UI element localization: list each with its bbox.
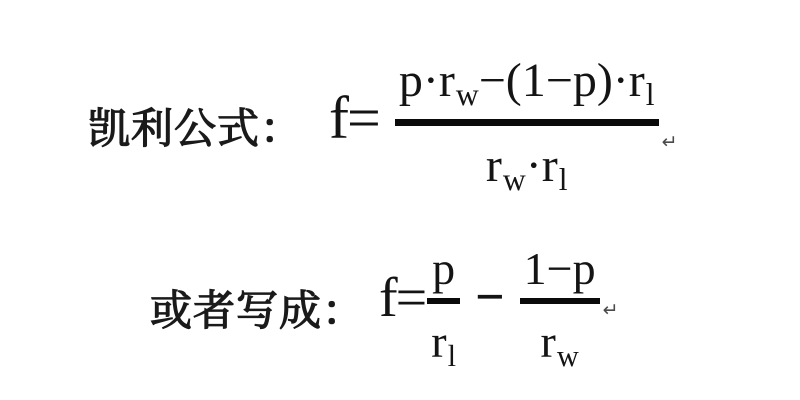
return-mark-icon: ↵	[603, 301, 619, 320]
math-token: r	[541, 316, 556, 367]
line2-fraction-left: p rl	[427, 244, 460, 373]
math-token: r	[431, 316, 446, 367]
fraction-left-numerator: p	[428, 244, 459, 294]
subscript-w: w	[503, 162, 526, 197]
math-token: ·r	[526, 139, 558, 192]
fraction-right-numerator: 1−p	[520, 244, 600, 294]
subscript-w: w	[557, 339, 579, 373]
math-token: −(1−p)·r	[479, 54, 645, 107]
line1-numerator: p·rw−(1−p)·rl	[395, 55, 659, 112]
kelly-formula-image: 凯利公式： f= p·rw−(1−p)·rl rw·rl ↵ 或者写成： f= …	[0, 0, 800, 400]
fraction-bar	[427, 298, 460, 304]
subscript-l: l	[559, 162, 568, 197]
subscript-l: l	[448, 339, 456, 373]
rewritten-formula-line: 或者写成： f= p rl − 1−p rw ↵	[150, 228, 619, 388]
line2-label: 或者写成：	[150, 278, 365, 338]
fraction-right-denominator: rw	[537, 317, 583, 372]
return-mark-icon: ↵	[662, 133, 678, 152]
fraction-bar	[395, 119, 659, 126]
kelly-formula-line: 凯利公式： f= p·rw−(1−p)·rl rw·rl ↵	[88, 40, 678, 212]
line1-denominator: rw·rl	[482, 140, 572, 197]
line1-fraction: p·rw−(1−p)·rl rw·rl	[395, 55, 659, 197]
fraction-bar	[520, 298, 600, 304]
math-token: r	[486, 139, 502, 192]
fraction-left-denominator: rl	[427, 317, 460, 372]
line1-f-equals: f=	[329, 88, 379, 148]
subscript-w: w	[456, 77, 479, 112]
line2-f-equals: f=	[379, 270, 425, 326]
minus-sign: −	[475, 272, 505, 324]
math-token: p·r	[399, 54, 455, 107]
line2-fraction-right: 1−p rw	[520, 244, 600, 373]
subscript-l: l	[646, 77, 655, 112]
line1-label: 凯利公式：	[88, 96, 303, 156]
